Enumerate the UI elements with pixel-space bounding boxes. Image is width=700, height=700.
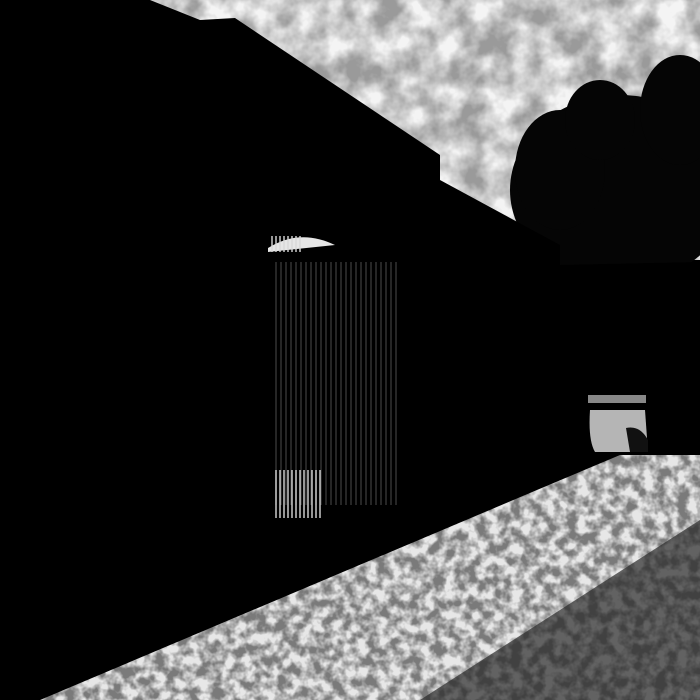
photo-scene bbox=[0, 0, 700, 700]
scene-illustration bbox=[0, 0, 700, 700]
